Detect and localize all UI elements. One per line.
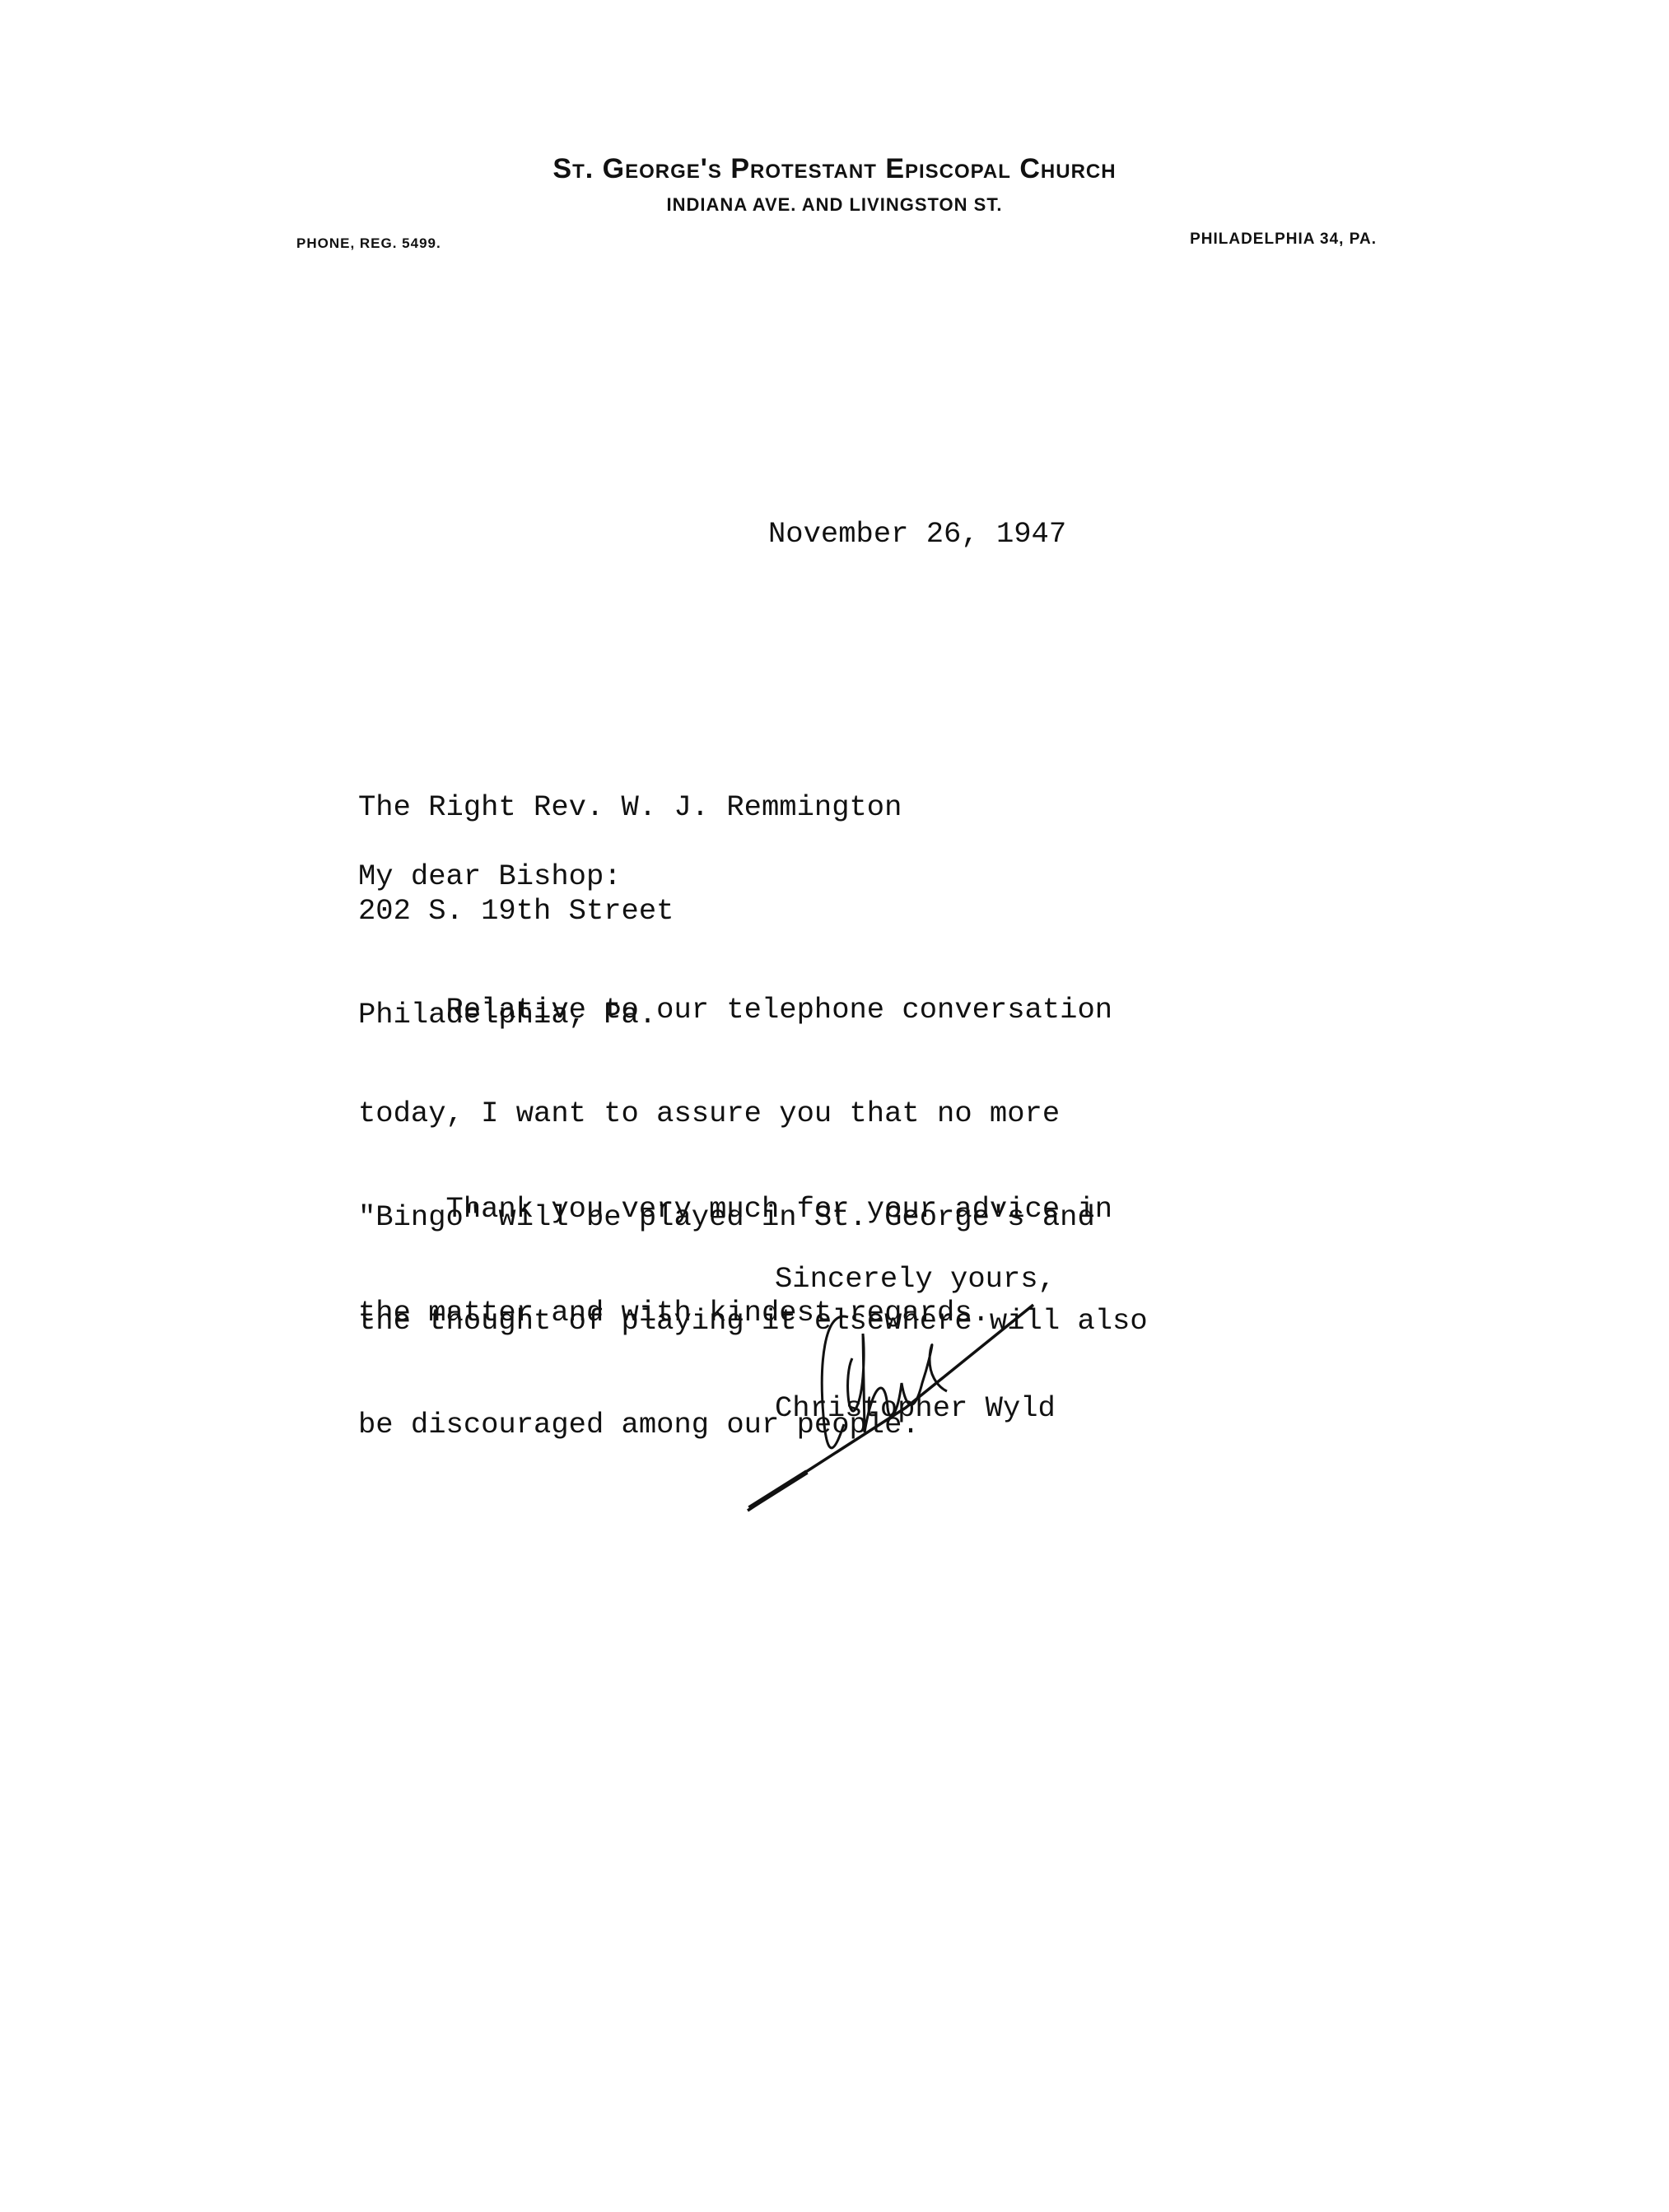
salutation: My dear Bishop: [358,859,622,894]
church-city: PHILADELPHIA 34, PA. [1190,231,1377,249]
church-address: INDIANA AVE. AND LIVINGSTON ST. [0,194,1669,216]
letter-date: November 26, 1947 [768,517,1066,552]
recipient-line: The Right Rev. W. J. Remmington [358,790,902,825]
body-line: Thank you very much for your advice in [358,1192,1112,1227]
signatory-name: Christopher Wyld [775,1391,1056,1426]
body-line: Relative to our telephone conversation [358,993,1148,1027]
church-name: St. George's Protestant Episcopal Church [0,153,1669,185]
church-phone: PHONE, REG. 5499. [296,235,441,252]
